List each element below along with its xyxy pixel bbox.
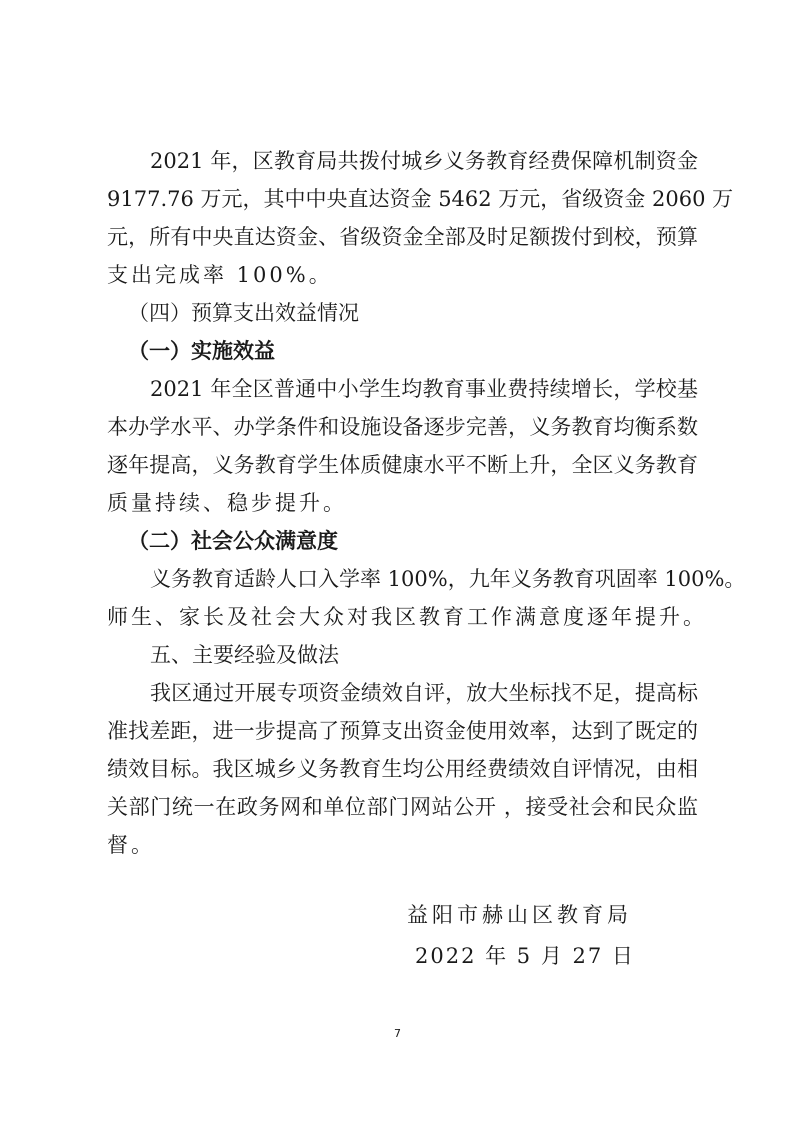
paragraph-line: 支出完成率 100%。: [107, 260, 333, 290]
paragraph-line: 师生、家长及社会大众对我区教育工作满意度逐年提升。: [107, 602, 707, 632]
subsection-heading: （一）实施效益: [128, 336, 275, 366]
paragraph-line: 督。: [107, 830, 155, 860]
page-number: 7: [394, 1027, 401, 1040]
paragraph-line: 2021 年全区普通中小学生均教育事业费持续增长，学校基: [150, 374, 698, 404]
paragraph-line: 我区通过开展专项资金绩效自评，放大坐标找不足，提高标: [150, 678, 698, 708]
paragraph-line: 本办学水平、办学条件和设施设备逐步完善，义务教育均衡系数: [107, 412, 698, 442]
paragraph-line: 义务教育适龄人口入学率 100%，九年义务教育巩固率 100%。: [150, 564, 698, 594]
section-heading: （四）预算支出效益情况: [128, 298, 359, 328]
paragraph-line: 关部门统一在政务网和单位部门网站公开 ，接受社会和民众监: [107, 792, 698, 822]
section-heading: 五、主要经验及做法: [150, 640, 339, 670]
paragraph-line: 绩效目标。我区城乡义务教育生均公用经费绩效自评情况，由相: [107, 754, 698, 784]
subsection-heading: （二）社会公众满意度: [128, 526, 338, 556]
paragraph-line: 逐年提高，义务教育学生体质健康水平不断上升，全区义务教育: [107, 450, 698, 480]
paragraph-line: 准找差距，进一步提高了预算支出资金使用效率，达到了既定的: [107, 716, 698, 746]
paragraph-line: 9177.76 万元，其中中央直达资金 5462 万元，省级资金 2060 万: [107, 184, 698, 214]
paragraph-line: 元，所有中央直达资金、省级资金全部及时足额拨付到校，预算: [107, 222, 698, 252]
signature-organization: 益阳市赫山区教育局: [407, 900, 632, 930]
signature-date: 2022 年 5 月 27 日: [415, 941, 635, 971]
document-page: 2021 年，区教育局共拨付城乡义务教育经费保障机制资金 9177.76 万元，…: [0, 0, 793, 1122]
paragraph-line: 质量持续、稳步提升。: [107, 488, 347, 518]
paragraph-line: 2021 年，区教育局共拨付城乡义务教育经费保障机制资金: [150, 146, 698, 176]
